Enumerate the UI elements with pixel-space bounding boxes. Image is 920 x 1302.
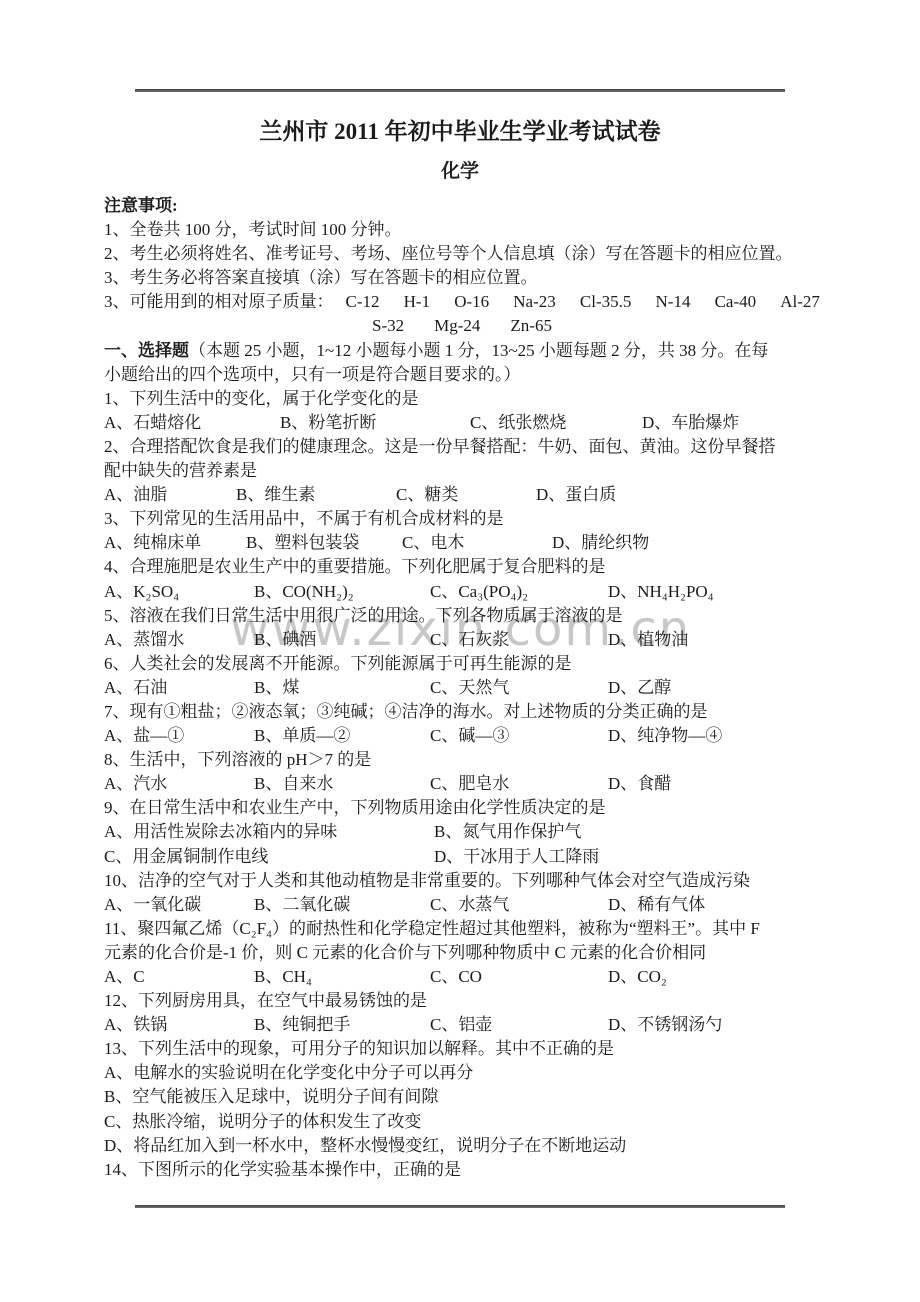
question-2-options: A、油脂 B、维生素 C、糖类 D、蛋白质 [104, 483, 820, 507]
question-11-stem-line-1: 11、聚四氟乙烯（C₂F₄）的耐热性和化学稳定性超过其他塑料，被称为“塑料王”。… [104, 917, 820, 941]
atomic-mass-value: N-14 [656, 290, 691, 314]
option-c: C、纸张燃烧 [470, 411, 642, 435]
exam-title: 兰州市 2011 年初中毕业生学业考试试卷 [0, 113, 920, 146]
question-3-options: A、纯棉床单 B、塑料包装袋 C、电木 D、腈纶织物 [104, 531, 820, 555]
option-a: A、纯棉床单 [104, 531, 246, 555]
question-9-options-row-1: A、用活性炭除去冰箱内的异味 B、氮气用作保护气 [104, 820, 820, 844]
question-2-stem-line-2: 配中缺失的营养素是 [104, 459, 820, 483]
question-14: 14、下图所示的化学实验基本操作中，正确的是 [104, 1158, 820, 1182]
section-heading-line2: 小题给出的四个选项中，只有一项是符合题目要求的。） [104, 363, 820, 387]
question-1: 1、下列生活中的变化，属于化学变化的是 A、石蜡熔化 B、粉笔折断 C、纸张燃烧… [104, 387, 820, 435]
exam-body: 注意事项: 1、全卷共 100 分，考试时间 100 分钟。 2、考生必须将姓名… [104, 194, 820, 1182]
section-heading-rest: （本题 25 小题，1~12 小题每小题 1 分，13~25 小题每题 2 分，… [189, 341, 768, 360]
option-c: C、石灰浆 [430, 628, 608, 652]
atomic-mass-value: Cl-35.5 [580, 290, 631, 314]
option-a: A、石油 [104, 676, 254, 700]
option-d: D、CO₂ [608, 965, 820, 989]
exam-subject: 化学 [0, 156, 920, 183]
option-a: A、C [104, 965, 254, 989]
option-d: D、纯净物—④ [608, 724, 820, 748]
option-c: C、天然气 [430, 676, 608, 700]
option-d: D、蛋白质 [536, 483, 820, 507]
question-6-stem: 6、人类社会的发展离不开能源。下列能源属于可再生能源的是 [104, 652, 820, 676]
atomic-mass-label: 3、可能用到的相对原子质量： [104, 290, 334, 314]
question-10-stem: 10、洁净的空气对于人类和其他动植物是非常重要的。下列哪种气体会对空气造成污染 [104, 869, 820, 893]
question-1-options: A、石蜡熔化 B、粉笔折断 C、纸张燃烧 D、车胎爆炸 [104, 411, 820, 435]
option-a: A、用活性炭除去冰箱内的异味 [104, 820, 434, 844]
atomic-mass-value: C-12 [346, 290, 380, 314]
question-7-options: A、盐—① B、单质—② C、碱—③ D、纯净物—④ [104, 724, 820, 748]
option-d: D、干冰用于人工降雨 [434, 845, 820, 869]
option-b: B、二氧化碳 [254, 893, 430, 917]
option-b: B、空气能被压入足球中，说明分子间有间隙 [104, 1085, 820, 1109]
question-11-stem-line-2: 元素的化合价是-1 价，则 C 元素的化合价与下列哪种物质中 C 元素的化合价相… [104, 941, 820, 965]
option-b: B、纯铜把手 [254, 1013, 430, 1037]
option-c: C、热胀冷缩，说明分子的体积发生了改变 [104, 1110, 820, 1134]
option-c: C、Ca₃(PO₄)₂ [430, 580, 608, 604]
question-7-stem: 7、现有①粗盐；②液态氧；③纯碱；④洁净的海水。对上述物质的分类正确的是 [104, 700, 820, 724]
question-12-options: A、铁锅 B、纯铜把手 C、铝壶 D、不锈钢汤勺 [104, 1013, 820, 1037]
question-14-stem: 14、下图所示的化学实验基本操作中，正确的是 [104, 1158, 820, 1182]
option-b: B、塑料包装袋 [246, 531, 402, 555]
option-b: B、粉笔折断 [280, 411, 470, 435]
question-6: 6、人类社会的发展离不开能源。下列能源属于可再生能源的是 A、石油 B、煤 C、… [104, 652, 820, 700]
question-12: 12、下列厨房用具，在空气中最易锈蚀的是 A、铁锅 B、纯铜把手 C、铝壶 D、… [104, 989, 820, 1037]
option-d: D、植物油 [608, 628, 820, 652]
option-a: A、蒸馏水 [104, 628, 254, 652]
atomic-mass-line: 3、可能用到的相对原子质量： C-12 H-1 O-16 Na-23 Cl-35… [104, 290, 820, 314]
option-c: C、电木 [402, 531, 552, 555]
option-b: B、CO(NH₂)₂ [254, 580, 430, 604]
question-5: 5、溶液在我们日常生活中用很广泛的用途。下列各物质属于溶液的是 A、蒸馏水 B、… [104, 604, 820, 652]
option-a: A、一氧化碳 [104, 893, 254, 917]
option-a: A、石蜡熔化 [104, 411, 280, 435]
option-a: A、盐—① [104, 724, 254, 748]
question-2: 2、合理搭配饮食是我们的健康理念。这是一份早餐搭配：牛奶、面包、黄油。这份早餐搭… [104, 435, 820, 507]
question-9: 9、在日常生活中和农业生产中，下列物质用途由化学性质决定的是 A、用活性炭除去冰… [104, 796, 820, 868]
question-9-stem: 9、在日常生活中和农业生产中，下列物质用途由化学性质决定的是 [104, 796, 820, 820]
question-13-stem: 13、下列生活中的现象，可用分子的知识加以解释。其中不正确的是 [104, 1037, 820, 1061]
option-c: C、肥皂水 [430, 772, 608, 796]
option-b: B、煤 [254, 676, 430, 700]
question-3-stem: 3、下列常见的生活用品中，不属于有机合成材料的是 [104, 507, 820, 531]
question-11-options: A、C B、CH₄ C、CO D、CO₂ [104, 965, 820, 989]
option-a: A、汽水 [104, 772, 254, 796]
option-d: D、车胎爆炸 [642, 411, 820, 435]
option-c: C、碱—③ [430, 724, 608, 748]
option-d: D、稀有气体 [608, 893, 820, 917]
atomic-mass-value: Al-27 [780, 290, 820, 314]
question-8-stem: 8、生活中，下列溶液的 pH＞7 的是 [104, 748, 820, 772]
notice-item-3: 3、考生务必将答案直接填（涂）写在答题卡的相应位置。 [104, 266, 820, 290]
option-c: C、水蒸气 [430, 893, 608, 917]
atomic-mass-value: Ca-40 [715, 290, 757, 314]
exam-page: www.zixin.com.cn 兰州市 2011 年初中毕业生学业考试试卷 化… [0, 0, 920, 1302]
atomic-mass-value: H-1 [404, 290, 430, 314]
question-5-stem: 5、溶液在我们日常生活中用很广泛的用途。下列各物质属于溶液的是 [104, 604, 820, 628]
question-10-options: A、一氧化碳 B、二氧化碳 C、水蒸气 D、稀有气体 [104, 893, 820, 917]
atomic-mass-value: O-16 [454, 290, 489, 314]
option-c: C、用金属铜制作电线 [104, 845, 434, 869]
option-d: D、不锈钢汤勺 [608, 1013, 820, 1037]
option-d: D、腈纶织物 [552, 531, 820, 555]
option-b: B、碘酒 [254, 628, 430, 652]
question-13: 13、下列生活中的现象，可用分子的知识加以解释。其中不正确的是 A、电解水的实验… [104, 1037, 820, 1157]
notice-item-2: 2、考生必须将姓名、准考证号、考场、座位号等个人信息填（涂）写在答题卡的相应位置… [104, 242, 820, 266]
question-4: 4、合理施肥是农业生产中的重要措施。下列化肥属于复合肥料的是 A、K₂SO₄ B… [104, 555, 820, 603]
question-8: 8、生活中，下列溶液的 pH＞7 的是 A、汽水 B、自来水 C、肥皂水 D、食… [104, 748, 820, 796]
option-b: B、维生素 [236, 483, 396, 507]
atomic-mass-line-2: S-32 Mg-24 Zn-65 [104, 314, 820, 338]
atomic-mass-value: Na-23 [513, 290, 555, 314]
option-c: C、铝壶 [430, 1013, 608, 1037]
notice-item-1: 1、全卷共 100 分，考试时间 100 分钟。 [104, 218, 820, 242]
bottom-rule [135, 1205, 785, 1208]
option-d: D、食醋 [608, 772, 820, 796]
question-8-options: A、汽水 B、自来水 C、肥皂水 D、食醋 [104, 772, 820, 796]
question-7: 7、现有①粗盐；②液态氧；③纯碱；④洁净的海水。对上述物质的分类正确的是 A、盐… [104, 700, 820, 748]
option-a: A、电解水的实验说明在化学变化中分子可以再分 [104, 1061, 820, 1085]
option-b: B、自来水 [254, 772, 430, 796]
question-5-options: A、蒸馏水 B、碘酒 C、石灰浆 D、植物油 [104, 628, 820, 652]
question-10: 10、洁净的空气对于人类和其他动植物是非常重要的。下列哪种气体会对空气造成污染 … [104, 869, 820, 917]
option-d: D、乙醇 [608, 676, 820, 700]
option-b: B、CH₄ [254, 965, 430, 989]
option-a: A、K₂SO₄ [104, 580, 254, 604]
notice-label: 注意事项: [104, 194, 820, 218]
question-6-options: A、石油 B、煤 C、天然气 D、乙醇 [104, 676, 820, 700]
question-12-stem: 12、下列厨房用具，在空气中最易锈蚀的是 [104, 989, 820, 1013]
option-b: B、氮气用作保护气 [434, 820, 820, 844]
question-4-options: A、K₂SO₄ B、CO(NH₂)₂ C、Ca₃(PO₄)₂ D、NH₄H₂PO… [104, 580, 820, 604]
section-heading: 一、选择题（本题 25 小题，1~12 小题每小题 1 分，13~25 小题每题… [104, 339, 820, 363]
option-a: A、油脂 [104, 483, 236, 507]
question-3: 3、下列常见的生活用品中，不属于有机合成材料的是 A、纯棉床单 B、塑料包装袋 … [104, 507, 820, 555]
option-c: C、CO [430, 965, 608, 989]
question-1-stem: 1、下列生活中的变化，属于化学变化的是 [104, 387, 820, 411]
option-c: C、糖类 [396, 483, 536, 507]
question-4-stem: 4、合理施肥是农业生产中的重要措施。下列化肥属于复合肥料的是 [104, 555, 820, 579]
option-d: D、将品红加入到一杯水中，整杯水慢慢变红，说明分子在不断地运动 [104, 1134, 820, 1158]
question-9-options-row-2: C、用金属铜制作电线 D、干冰用于人工降雨 [104, 845, 820, 869]
atomic-mass-values: C-12 H-1 O-16 Na-23 Cl-35.5 N-14 Ca-40 A… [346, 290, 821, 314]
top-rule [135, 89, 785, 92]
atomic-mass-value: S-32 [372, 314, 404, 338]
question-2-stem-line-1: 2、合理搭配饮食是我们的健康理念。这是一份早餐搭配：牛奶、面包、黄油。这份早餐搭 [104, 435, 820, 459]
atomic-mass-value: Zn-65 [510, 314, 552, 338]
question-11: 11、聚四氟乙烯（C₂F₄）的耐热性和化学稳定性超过其他塑料，被称为“塑料王”。… [104, 917, 820, 989]
option-d: D、NH₄H₂PO₄ [608, 580, 820, 604]
atomic-mass-value: Mg-24 [434, 314, 480, 338]
option-b: B、单质—② [254, 724, 430, 748]
section-heading-bold: 一、选择题 [104, 341, 189, 360]
option-a: A、铁锅 [104, 1013, 254, 1037]
